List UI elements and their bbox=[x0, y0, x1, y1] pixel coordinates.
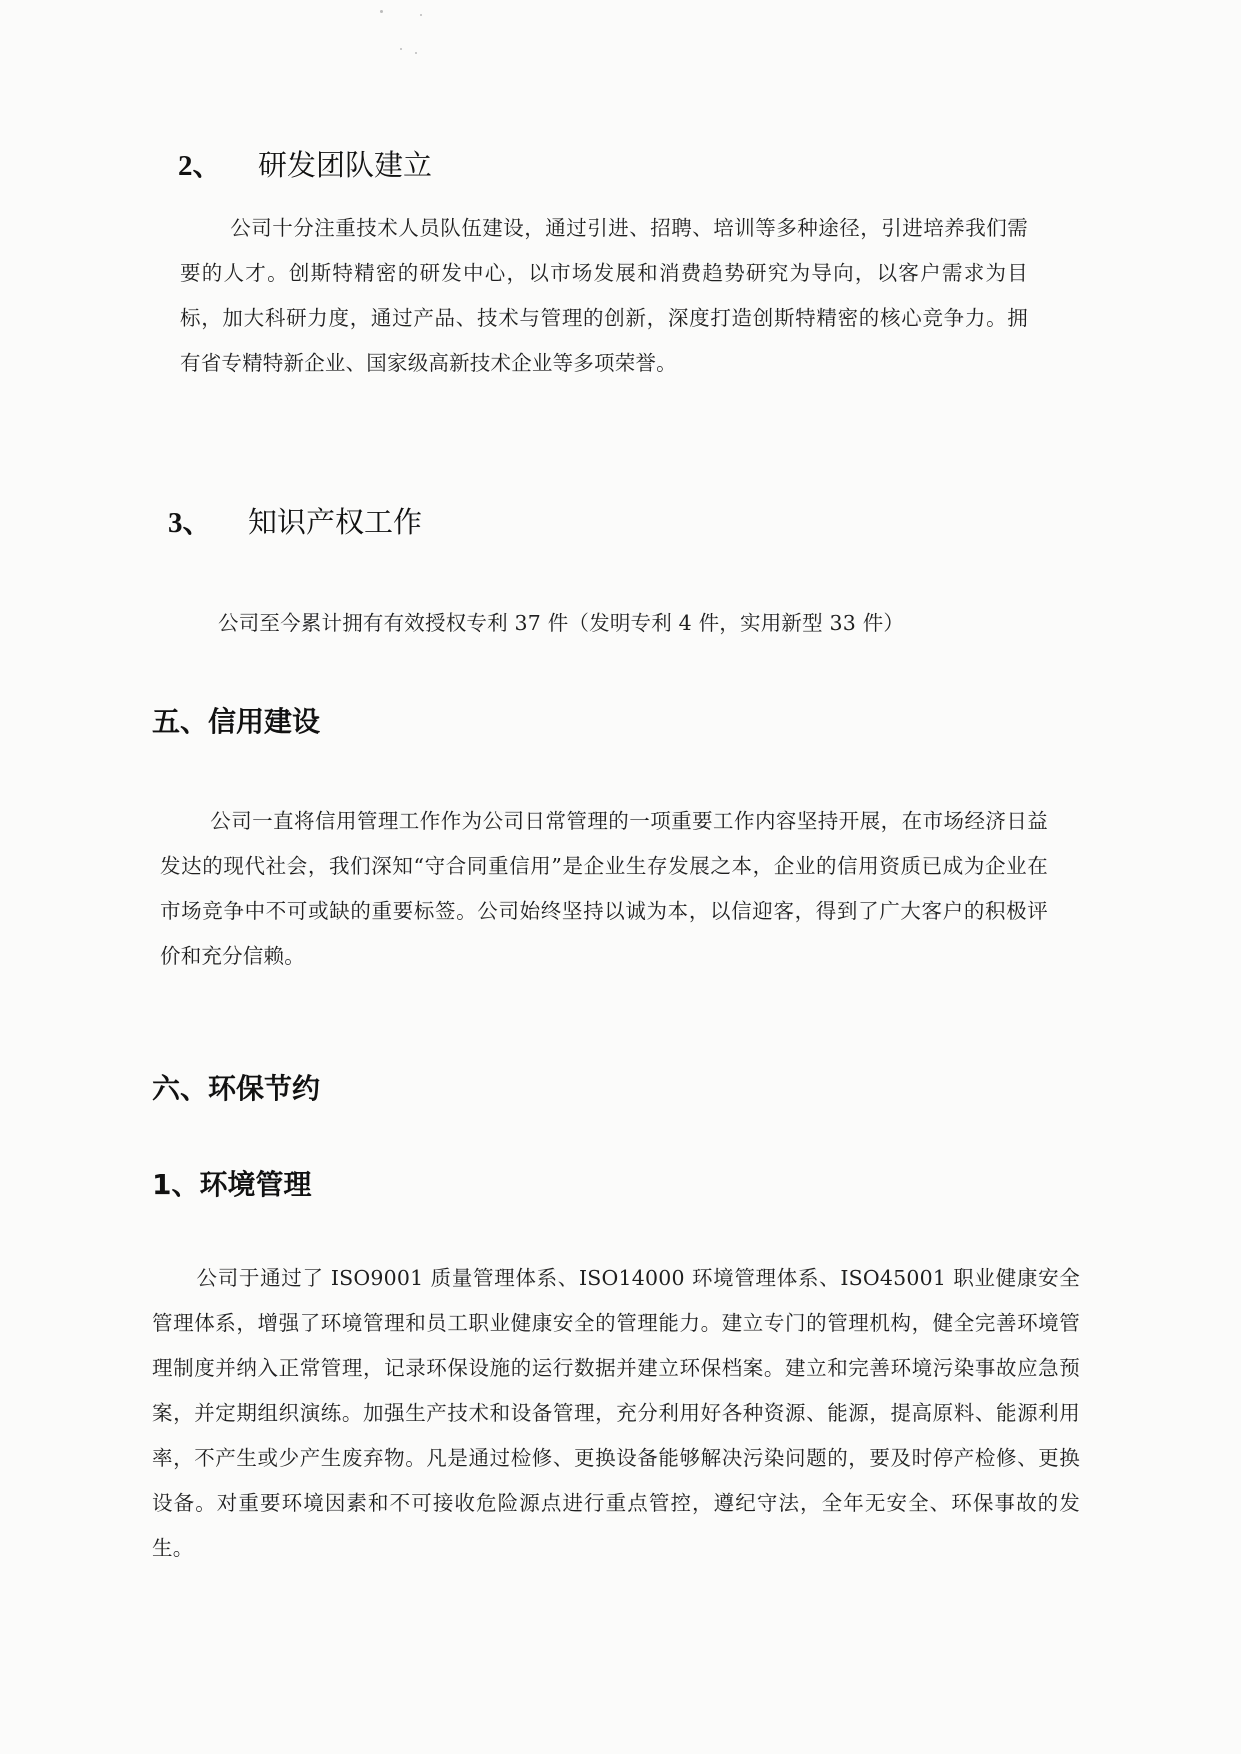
paragraph-rd-team: 公司十分注重技术人员队伍建设，通过引进、招聘、培训等多种途径，引进培养我们需要的… bbox=[180, 206, 1028, 386]
section-heading-rd-team: 2、研发团队建立 bbox=[178, 143, 432, 184]
section-heading-environment: 六、环保节约 bbox=[152, 1067, 320, 1107]
paragraph-text: 公司一直将信用管理工作作为公司日常管理的一项重要工作内容坚持开展，在市场经济日益… bbox=[160, 809, 1048, 968]
section-number: 2、 bbox=[178, 143, 258, 184]
section-number: 3、 bbox=[168, 500, 248, 541]
scan-speck bbox=[420, 14, 422, 16]
scan-speck bbox=[415, 52, 417, 54]
paragraph-text: 公司至今累计拥有有效授权专利 37 件（发明专利 4 件，实用新型 33 件） bbox=[218, 611, 904, 635]
paragraph-ip-work: 公司至今累计拥有有效授权专利 37 件（发明专利 4 件，实用新型 33 件） bbox=[218, 601, 1038, 646]
section-heading-ip-work: 3、知识产权工作 bbox=[168, 500, 422, 541]
paragraph-text: 公司于通过了 ISO9001 质量管理体系、ISO14000 环境管理体系、IS… bbox=[152, 1266, 1080, 1560]
paragraph-credit: 公司一直将信用管理工作作为公司日常管理的一项重要工作内容坚持开展，在市场经济日益… bbox=[160, 799, 1048, 979]
section-title: 研发团队建立 bbox=[258, 148, 432, 182]
section-title: 知识产权工作 bbox=[248, 505, 422, 539]
paragraph-environment: 公司于通过了 ISO9001 质量管理体系、ISO14000 环境管理体系、IS… bbox=[152, 1256, 1080, 1571]
scan-speck bbox=[380, 10, 383, 13]
document-page: 2、研发团队建立 公司十分注重技术人员队伍建设，通过引进、招聘、培训等多种途径，… bbox=[0, 0, 1241, 1754]
scan-speck bbox=[400, 48, 402, 50]
section-heading-credit: 五、信用建设 bbox=[152, 700, 320, 740]
paragraph-text: 公司十分注重技术人员队伍建设，通过引进、招聘、培训等多种途径，引进培养我们需要的… bbox=[180, 216, 1028, 375]
subsection-heading-environment-management: 1、环境管理 bbox=[152, 1163, 311, 1203]
